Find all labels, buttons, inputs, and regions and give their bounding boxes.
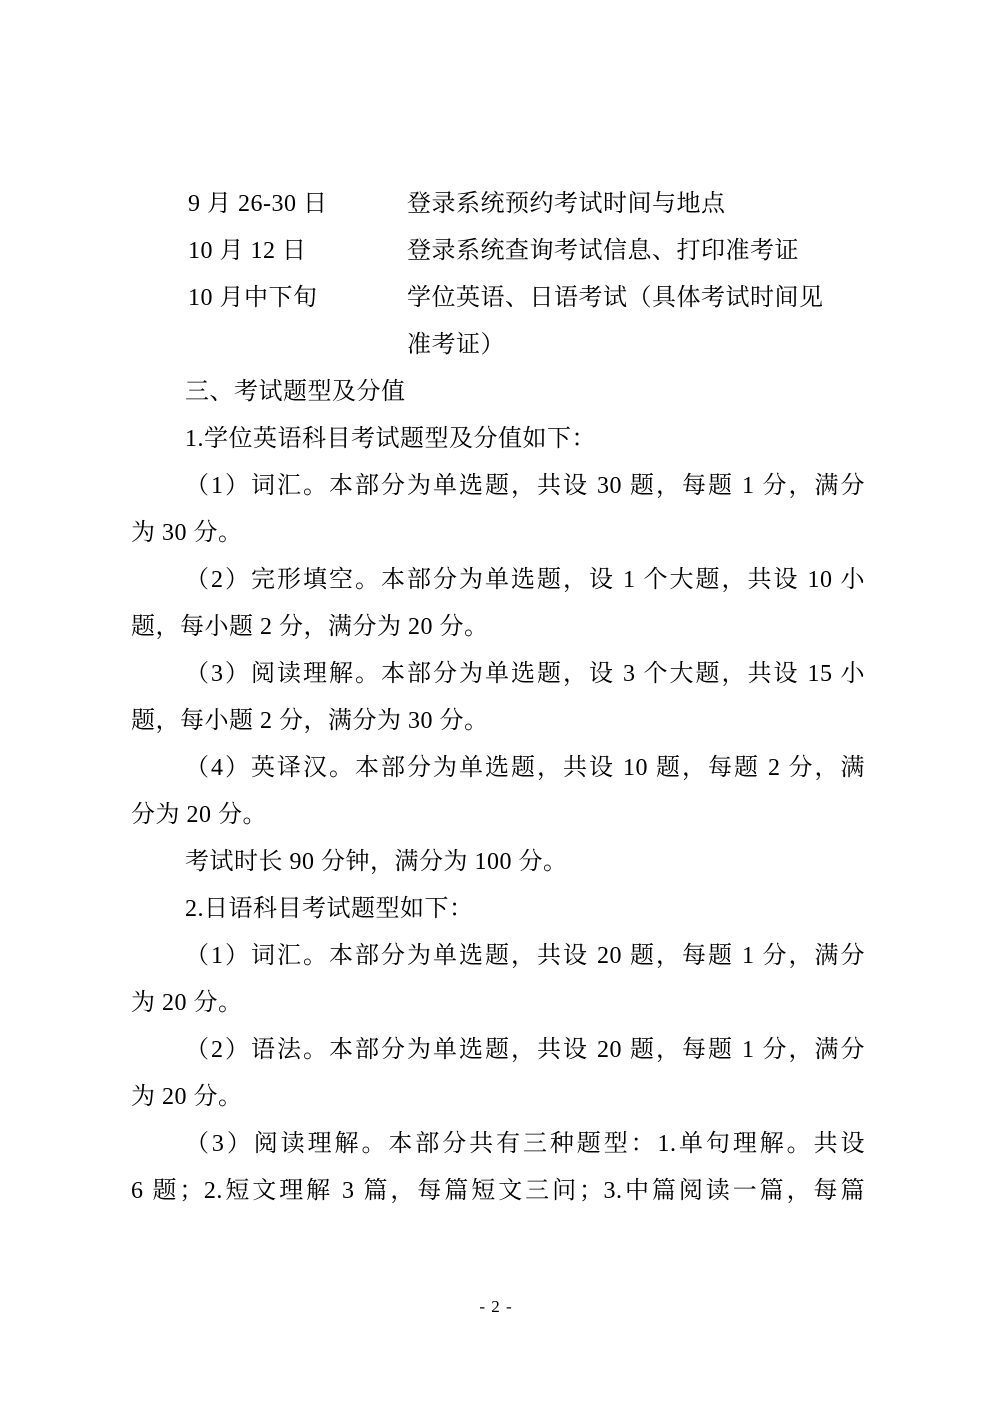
schedule-desc-continuation: 准考证）	[131, 322, 865, 369]
english-item-3-line-1: （3）阅读理解。本部分为单选题，设 3 个大题，共设 15 小	[131, 651, 865, 698]
english-item-3-line-2: 题，每小题 2 分，满分为 30 分。	[131, 698, 865, 745]
japanese-intro-line: 2.日语科目考试题型如下：	[131, 886, 865, 933]
english-item-1-line-2: 为 30 分。	[131, 510, 865, 557]
schedule-row: 10 月 12 日 登录系统查询考试信息、打印准考证	[131, 228, 865, 275]
japanese-item-2-line-2: 为 20 分。	[131, 1074, 865, 1121]
page-content: 9 月 26-30 日 登录系统预约考试时间与地点 10 月 12 日 登录系统…	[131, 181, 865, 1215]
schedule-date: 10 月中下旬	[131, 275, 407, 322]
english-intro-line: 1.学位英语科目考试题型及分值如下：	[131, 416, 865, 463]
english-item-4-line-1: （4）英译汉。本部分为单选题，共设 10 题，每题 2 分，满	[131, 745, 865, 792]
english-item-2-line-2: 题，每小题 2 分，满分为 20 分。	[131, 604, 865, 651]
schedule-desc: 学位英语、日语考试（具体考试时间见	[407, 275, 865, 322]
schedule-row: 10 月中下旬 学位英语、日语考试（具体考试时间见	[131, 275, 865, 322]
japanese-item-3-line-1: （3）阅读理解。本部分共有三种题型：1.单句理解。共设	[131, 1121, 865, 1168]
english-item-2-line-1: （2）完形填空。本部分为单选题，设 1 个大题，共设 10 小	[131, 557, 865, 604]
schedule-row: 9 月 26-30 日 登录系统预约考试时间与地点	[131, 181, 865, 228]
japanese-item-2-line-1: （2）语法。本部分为单选题，共设 20 题，每题 1 分，满分	[131, 1027, 865, 1074]
english-duration-line: 考试时长 90 分钟，满分为 100 分。	[131, 839, 865, 886]
schedule-date: 10 月 12 日	[131, 228, 407, 275]
schedule-date: 9 月 26-30 日	[131, 181, 407, 228]
section-heading: 三、考试题型及分值	[131, 369, 865, 416]
schedule-desc: 登录系统查询考试信息、打印准考证	[407, 228, 865, 275]
japanese-item-1-line-2: 为 20 分。	[131, 980, 865, 1027]
page-number: - 2 -	[0, 1296, 992, 1318]
japanese-item-3-line-2: 6 题；2.短文理解 3 篇，每篇短文三问；3.中篇阅读一篇，每篇	[131, 1168, 865, 1215]
japanese-item-1-line-1: （1）词汇。本部分为单选题，共设 20 题，每题 1 分，满分	[131, 933, 865, 980]
english-item-4-line-2: 分为 20 分。	[131, 792, 865, 839]
schedule-desc: 登录系统预约考试时间与地点	[407, 181, 865, 228]
english-item-1-line-1: （1）词汇。本部分为单选题，共设 30 题，每题 1 分，满分	[131, 463, 865, 510]
